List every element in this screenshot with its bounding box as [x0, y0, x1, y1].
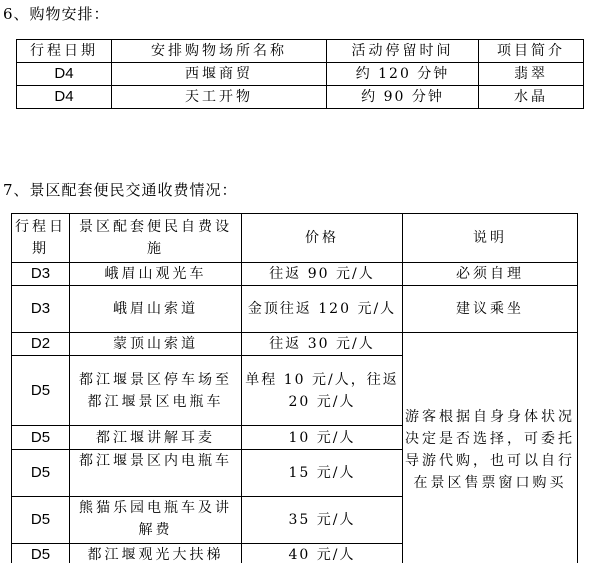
cell-duration: 约 120 分钟 [327, 63, 479, 86]
header-item: 项目简介 [479, 40, 584, 63]
cell-price: 往返 30 元/人 [242, 333, 403, 356]
cell-day: D5 [12, 356, 70, 426]
header-date: 行程日期 [17, 40, 112, 63]
section-7-heading: 7、景区配套便民交通收费情况： [3, 180, 238, 200]
cell-duration: 约 90 分钟 [327, 86, 479, 109]
cell-price: 往返 90 元/人 [242, 263, 403, 286]
cell-price: 10 元/人 [242, 426, 403, 450]
header-facility: 景区配套便民自费设施 [70, 214, 242, 263]
table-row: D3 峨眉山索道 金顶往返 120 元/人 建议乘坐 [12, 286, 578, 333]
cell-price: 35 元/人 [242, 497, 403, 544]
table-header-row: 行程日期 景区配套便民自费设施 价格 说明 [12, 214, 578, 263]
header-duration: 活动停留时间 [327, 40, 479, 63]
section-6-heading: 6、购物安排： [3, 4, 110, 24]
header-date: 行程日期 [12, 214, 70, 263]
cell-day: D3 [12, 286, 70, 333]
cell-facility: 都江堰观光大扶梯 [70, 544, 242, 563]
cell-merged-note: 游客根据自身身体状况决定是否选择，可委托导游代购，也可以自行在景区售票窗口购买 [403, 333, 578, 563]
cell-facility: 熊猫乐园电瓶车及讲解费 [70, 497, 242, 544]
header-place: 安排购物场所名称 [112, 40, 327, 63]
cell-facility: 都江堰景区停车场至都江堰景区电瓶车 [70, 356, 242, 426]
cell-day: D3 [12, 263, 70, 286]
table-row: D4 天工开物 约 90 分钟 水晶 [17, 86, 584, 109]
cell-price: 单程 10 元/人，往返 20 元/人 [242, 356, 403, 426]
cell-price: 金顶往返 120 元/人 [242, 286, 403, 333]
header-price: 价格 [242, 214, 403, 263]
cell-place: 西堰商贸 [112, 63, 327, 86]
cell-facility: 都江堰景区内电瓶车 [70, 450, 242, 497]
table-row: D3 峨眉山观光车 往返 90 元/人 必须自理 [12, 263, 578, 286]
cell-facility: 峨眉山索道 [70, 286, 242, 333]
cell-note: 建议乘坐 [403, 286, 578, 333]
table-row: D4 西堰商贸 约 120 分钟 翡翠 [17, 63, 584, 86]
cell-note: 必须自理 [403, 263, 578, 286]
cell-day: D4 [17, 63, 112, 86]
cell-day: D5 [12, 544, 70, 563]
cell-day: D5 [12, 426, 70, 450]
cell-day: D5 [12, 450, 70, 497]
header-note: 说明 [403, 214, 578, 263]
shopping-table: 行程日期 安排购物场所名称 活动停留时间 项目简介 D4 西堰商贸 约 120 … [16, 39, 584, 109]
cell-day: D2 [12, 333, 70, 356]
cell-price: 40 元/人 [242, 544, 403, 563]
table-row: D2 蒙顶山索道 往返 30 元/人 游客根据自身身体状况决定是否选择，可委托导… [12, 333, 578, 356]
table-header-row: 行程日期 安排购物场所名称 活动停留时间 项目简介 [17, 40, 584, 63]
transport-fee-table: 行程日期 景区配套便民自费设施 价格 说明 D3 峨眉山观光车 往返 90 元/… [11, 213, 578, 563]
cell-day: D5 [12, 497, 70, 544]
cell-place: 天工开物 [112, 86, 327, 109]
cell-day: D4 [17, 86, 112, 109]
cell-facility: 蒙顶山索道 [70, 333, 242, 356]
cell-item: 水晶 [479, 86, 584, 109]
cell-facility: 都江堰讲解耳麦 [70, 426, 242, 450]
cell-facility: 峨眉山观光车 [70, 263, 242, 286]
cell-item: 翡翠 [479, 63, 584, 86]
cell-price: 15 元/人 [242, 450, 403, 497]
